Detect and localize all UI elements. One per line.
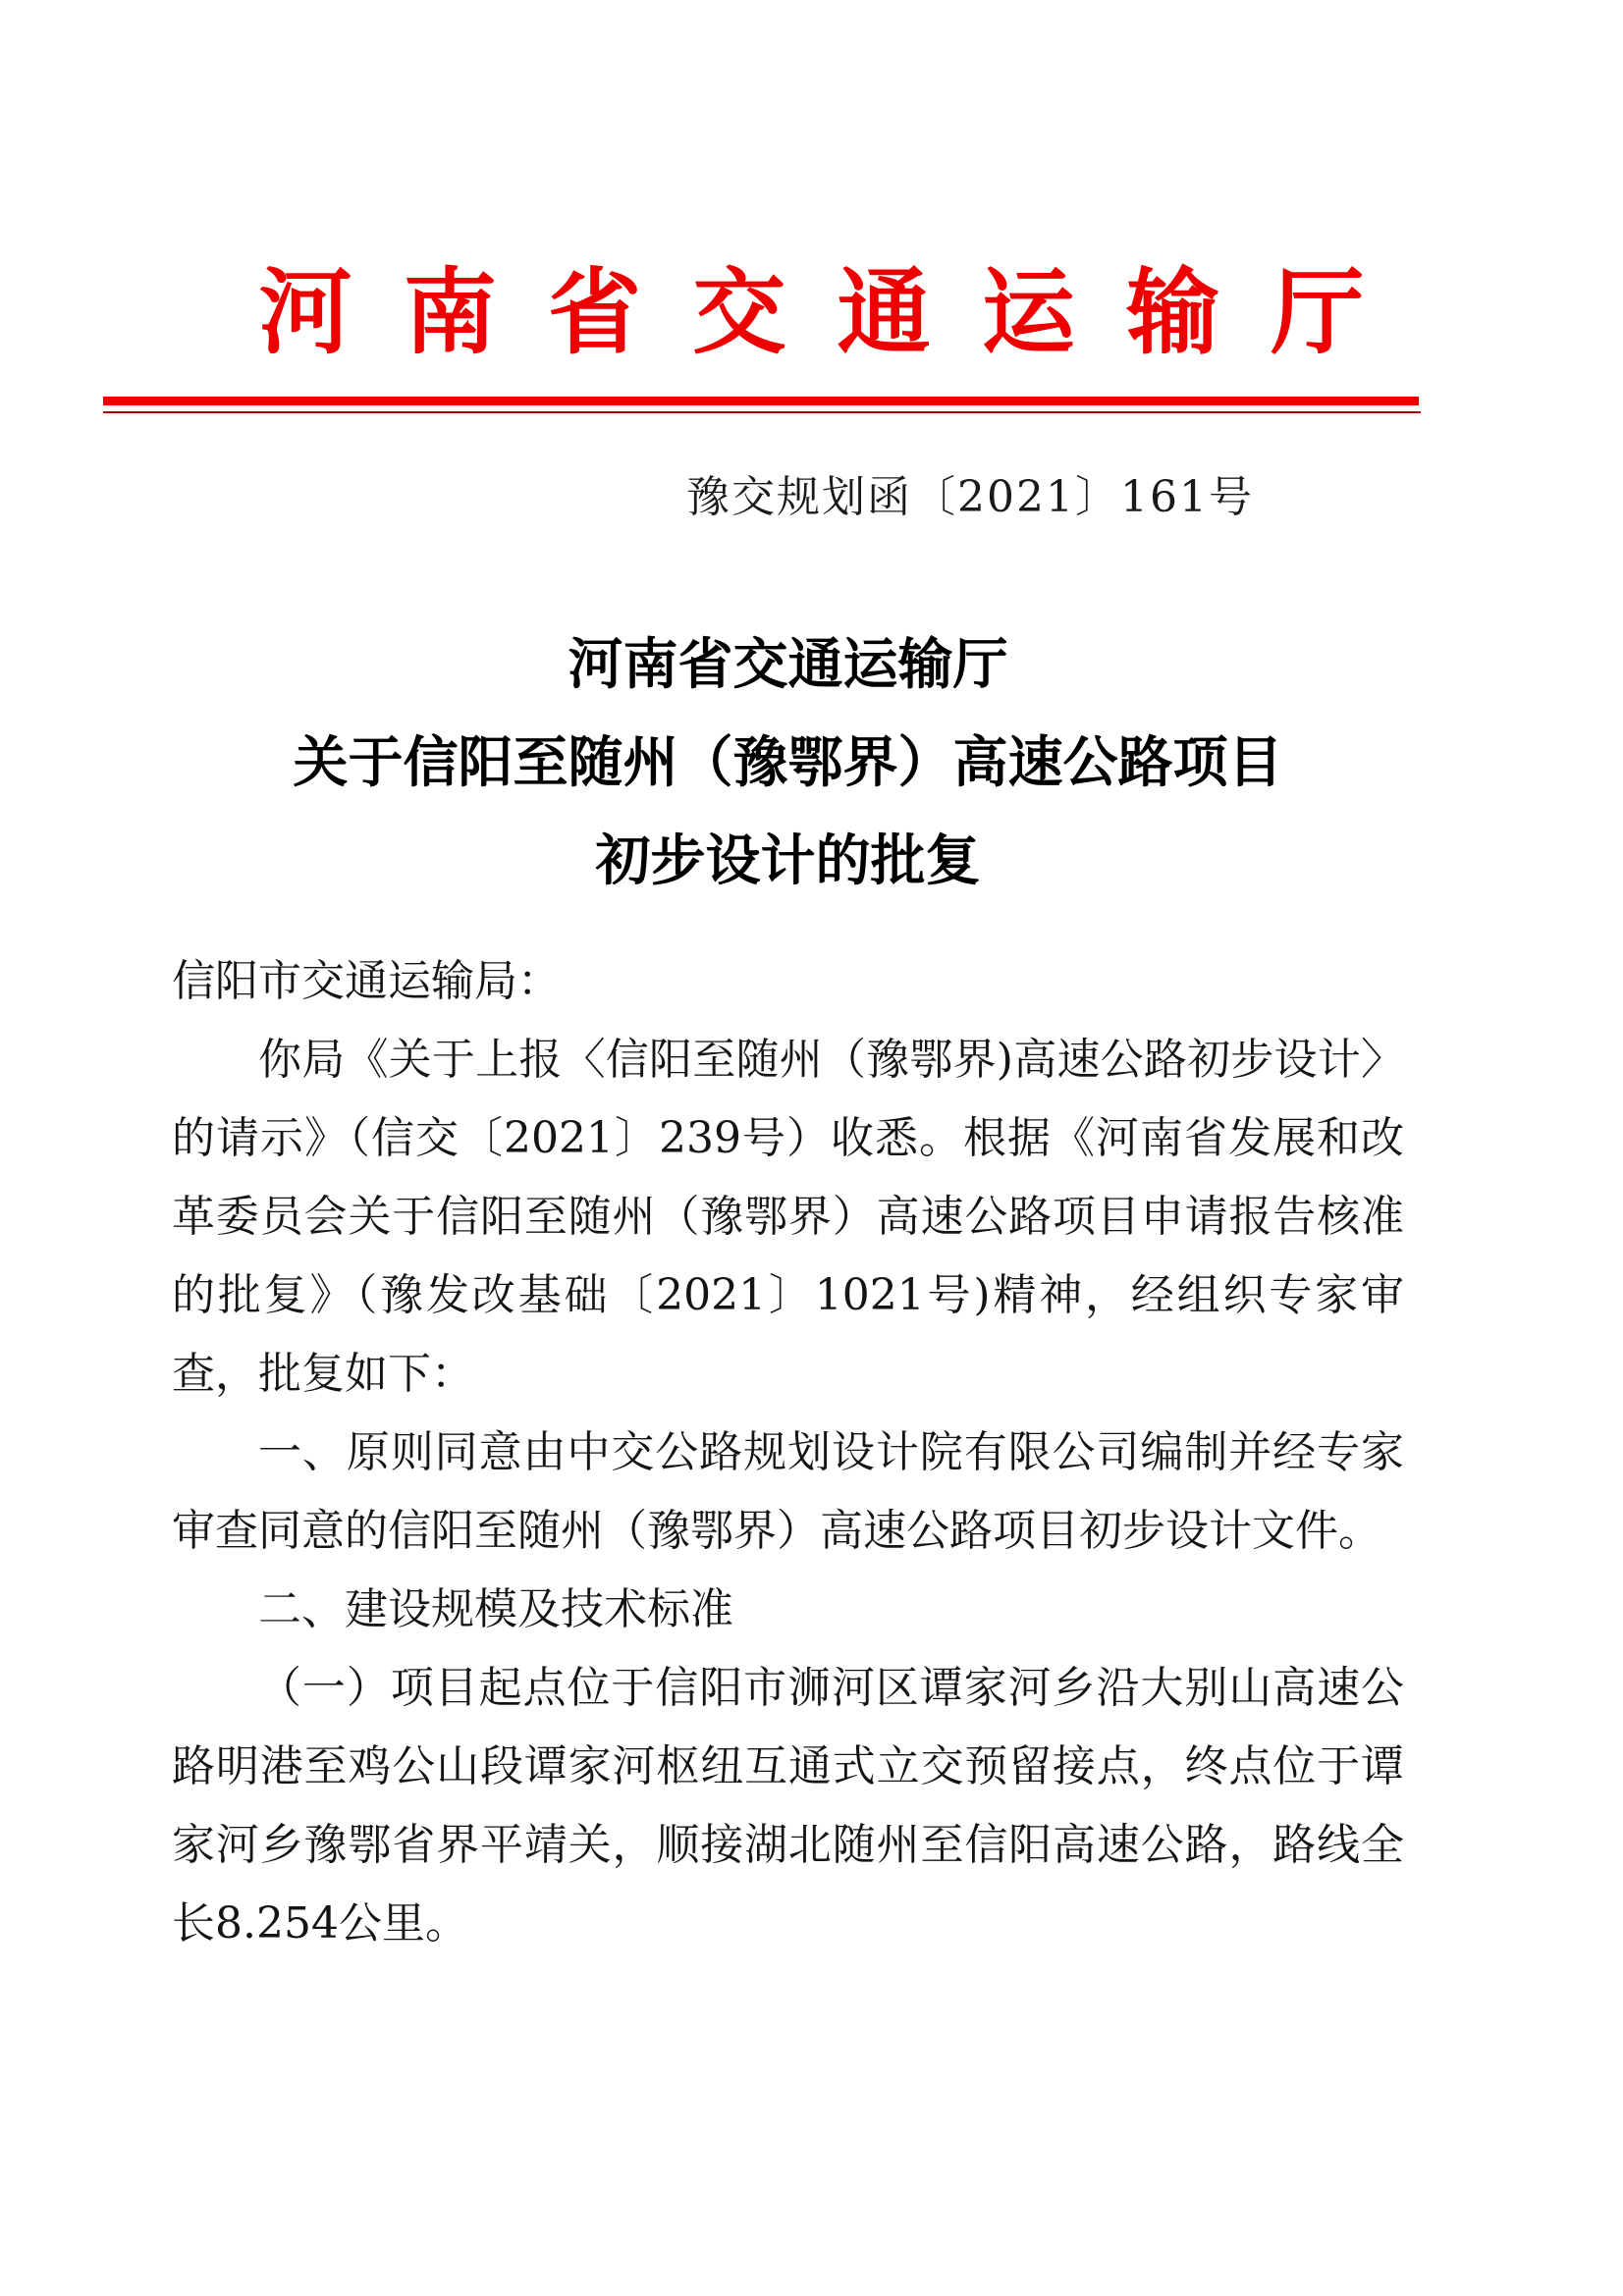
paragraph: 二、建设规模及技术标准	[172, 1571, 1404, 1649]
document-title: 河南省交通运输厅 关于信阳至随州（豫鄂界）高速公路项目 初步设计的批复	[172, 616, 1404, 911]
paragraph: 你局《关于上报〈信阳至随州（豫鄂界)高速公路初步设计〉的请示》（信交〔2021〕…	[172, 1021, 1404, 1414]
letterhead-rule-thick	[103, 397, 1419, 405]
salutation: 信阳市交通运输局：	[172, 942, 1404, 1021]
paragraph: 一、原则同意由中交公路规划设计院有限公司编制并经专家审查同意的信阳至随州（豫鄂界…	[172, 1414, 1404, 1571]
document-title-line-1: 河南省交通运输厅	[172, 616, 1404, 715]
letterhead-rule-thin	[103, 411, 1421, 413]
document-title-line-3: 初步设计的批复	[172, 813, 1404, 911]
reference-number: 豫交规划函〔2021〕161号	[0, 471, 1254, 524]
letterhead-agency-name: 河南省交通运输厅	[0, 259, 1623, 367]
document-title-line-2: 关于信阳至随州（豫鄂界）高速公路项目	[172, 715, 1404, 813]
document-body: 信阳市交通运输局： 你局《关于上报〈信阳至随州（豫鄂界)高速公路初步设计〉的请示…	[172, 942, 1404, 1963]
paragraph: （一）项目起点位于信阳市浉河区谭家河乡沿大别山高速公路明港至鸡公山段谭家河枢纽互…	[172, 1649, 1404, 1963]
official-document-page: 河南省交通运输厅 豫交规划函〔2021〕161号 河南省交通运输厅 关于信阳至随…	[0, 0, 1623, 2296]
